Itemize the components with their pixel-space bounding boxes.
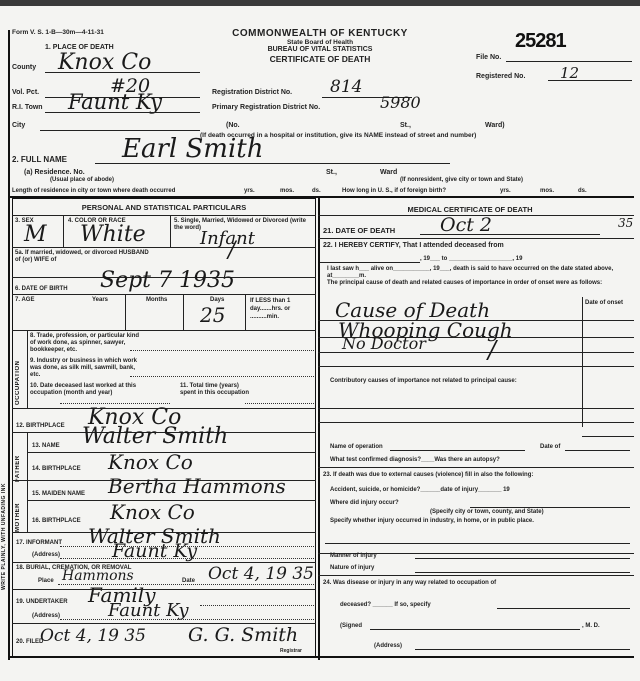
registrar-label: Registrar (280, 648, 302, 654)
color-divider (170, 215, 171, 247)
burial-place-label: Place (38, 578, 54, 584)
informant-label: 17. INFORMANT (16, 540, 62, 546)
total-time-dots (245, 403, 314, 404)
age-label: 7. AGE (15, 297, 34, 303)
left-border (8, 30, 10, 660)
date-onset-label: Date of onset (584, 300, 624, 307)
nonresident-note: (If nonresident, give city or town and S… (400, 177, 523, 183)
medical-left-border (318, 198, 320, 660)
residence-st: St., (326, 169, 337, 176)
diagnosis-label: What test confirmed diagnosis?____Was th… (330, 457, 500, 463)
contributory-label: Contributory causes of importance not re… (330, 378, 580, 385)
residence-sub: (Usual place of abode) (50, 177, 114, 183)
occupation-side-label: OCCUPATION (15, 335, 21, 405)
father-name-value: Walter Smith (82, 424, 228, 449)
residence-label: (a) Residence. No. (24, 169, 85, 176)
bottom-border (8, 656, 634, 658)
undertaker-address-label: (Address) (32, 613, 60, 619)
city-line (40, 130, 200, 131)
filed-date-value: Oct 4, 19 35 (40, 626, 146, 646)
vol-pct-label: Vol. Pct. (12, 89, 39, 96)
primary-district-value: 5980 (380, 93, 421, 112)
months-divider (183, 294, 184, 330)
occupation-related-label: 24. Was disease or injury in any way rel… (323, 580, 496, 586)
contributory-rule-2 (318, 422, 634, 423)
reg-district-value: 814 (330, 77, 362, 97)
cause-rule-3 (318, 352, 634, 353)
personal-title-line (12, 215, 316, 216)
commonwealth-title: COMMONWEALTH OF KENTUCKY (200, 28, 440, 39)
less-than-label: If LESS than 1 day.......hrs. or .......… (250, 297, 314, 321)
manner-label: Manner of injury (330, 553, 377, 559)
date-of-death-year: 35 (618, 216, 633, 230)
city-ward-label: Ward) (485, 122, 505, 129)
dod-line (420, 234, 600, 235)
operation-label: Name of operation (330, 444, 383, 450)
days-value: 25 (200, 303, 225, 327)
mother-name-label: 15. MAIDEN NAME (32, 491, 85, 497)
us-yrs-label: yrs. (500, 188, 511, 194)
reg-district-label: Registration District No. (212, 89, 292, 96)
total-time-label: 11. Total time (years) spent in this occ… (180, 383, 250, 397)
father-birthplace-value: Knox Co (108, 450, 193, 474)
trade-dots (130, 350, 314, 351)
state-board: State Board of Health (200, 39, 440, 46)
signed-label: (Signed (340, 623, 362, 629)
nature-line (415, 572, 630, 573)
last-worked-dots (60, 403, 170, 404)
accident-label: Accident, suicide, or homicide?______dat… (330, 487, 510, 493)
form-code: Form V. S. 1-B—30m—4-11-31 (12, 29, 104, 36)
yrs-label: yrs. (244, 188, 255, 194)
burial-date-value: Oct 4, 19 35 (208, 564, 314, 584)
specify-place: (Specify city or town, county, and State… (430, 509, 544, 515)
us-ds-label: ds. (578, 188, 587, 194)
nature-label: Nature of injury (330, 565, 374, 571)
cause-mark: / (488, 336, 496, 364)
undertaker-address-dots (60, 619, 314, 620)
cause-line-3: No Doctor (342, 334, 426, 353)
marital-slash: / (228, 238, 235, 263)
full-name-label: 2. FULL NAME (12, 155, 67, 164)
us-label: How long in U. S., if of foreign birth? (342, 188, 446, 194)
years-label: Years (92, 297, 108, 303)
industry-home-label: Specify whether injury occurred in indus… (330, 518, 630, 525)
city-no-label: (No. (226, 122, 240, 129)
months-label: Months (146, 297, 167, 303)
full-name-line (95, 163, 450, 164)
mos-label: mos. (280, 188, 294, 194)
row-line-undertaker (12, 589, 316, 590)
informant-address-label: (Address) (32, 552, 60, 558)
certify-label: 22. I HEREBY CERTIFY, That I attended de… (323, 242, 504, 249)
city-st-label: St., (400, 122, 411, 129)
informant-address-value: Faunt Ky (112, 540, 197, 562)
years-divider (125, 294, 126, 330)
certify-from-line (320, 262, 420, 263)
length-residence-label: Length of residence in city or town wher… (12, 188, 175, 194)
industry-home-line (325, 543, 630, 544)
town-line (45, 112, 200, 113)
margin-note: WRITE PLAINLY, WITH UNFADING INK (1, 470, 7, 590)
trade-label: 8. Trade, profession, or particular kind… (30, 333, 145, 354)
city-label: City (12, 122, 25, 129)
specify-line (497, 608, 630, 609)
principal-cause-text: The principal cause of death and related… (327, 280, 627, 287)
registered-no-label: Registered No. (476, 73, 525, 80)
row-line-5a (12, 247, 316, 248)
deceased-label: deceased? ______ If so, specify (340, 602, 431, 608)
residence-ward: Ward (380, 169, 397, 176)
spouse-label: 5a. If married, widowed, or divorced HUS… (15, 250, 155, 264)
operation-date-line (565, 450, 630, 451)
mother-birthplace-value: Knox Co (110, 500, 195, 524)
last-worked-label: 10. Date deceased last worked at this oc… (30, 383, 140, 397)
personal-title: PERSONAL AND STATISTICAL PARTICULARS (14, 203, 314, 212)
registered-no-line (548, 80, 632, 81)
dob-label: 6. DATE OF BIRTH (15, 286, 68, 292)
dob-value: Sept 7 1935 (100, 268, 235, 293)
row-line-external (318, 467, 634, 468)
cause-rule-4 (318, 366, 634, 367)
date-of-death-value: Oct 2 (440, 214, 492, 236)
last-saw-text: I last saw h___ alive on___________, 19_… (327, 266, 627, 280)
row-line-occupation-related (318, 575, 634, 576)
registrar-signature: G. G. Smith (188, 624, 298, 646)
signed-line (370, 629, 580, 630)
md-label: , M. D. (582, 623, 600, 629)
county-label: County (12, 64, 36, 71)
town-label: R.I. Town (12, 104, 43, 111)
manner-line (415, 558, 630, 559)
county-line (45, 72, 200, 73)
mother-birthplace-label: 16. BIRTHPLACE (32, 518, 81, 524)
file-no-line (506, 61, 632, 62)
color-value: White (80, 222, 146, 247)
town-value: Faunt Ky (68, 90, 162, 114)
address-label: (Address) (374, 643, 402, 649)
row-line-burial (12, 562, 316, 563)
burial-place-value: Hammons (62, 568, 134, 584)
birthplace-label: 12. BIRTHPLACE (16, 423, 65, 429)
scan-top-edge (0, 0, 640, 6)
ds-label: ds. (312, 188, 321, 194)
undertaker-label: 19. UNDERTAKER (16, 599, 68, 605)
undertaker-address-value: Faunt Ky (108, 600, 189, 621)
bureau: BUREAU OF VITAL STATISTICS (200, 46, 440, 53)
medical-title: MEDICAL CERTIFICATE OF DEATH (320, 205, 620, 214)
certify-from-to: , 19___ to ___________________, 19 (420, 256, 522, 262)
row-line-age (12, 294, 316, 295)
file-number: 25281 (515, 30, 566, 53)
days-divider (245, 294, 246, 330)
operation-line (390, 450, 525, 451)
row-line-certify (318, 238, 634, 239)
full-name-value: Earl Smith (122, 134, 263, 164)
onset-bottom (582, 436, 634, 437)
father-name-label: 13. NAME (32, 443, 60, 449)
father-birthplace-label: 14. BIRTHPLACE (32, 466, 81, 472)
external-label: 23. If death was due to external causes … (323, 472, 628, 479)
document-title: COMMONWEALTH OF KENTUCKY State Board of … (200, 28, 440, 64)
where-line (470, 507, 630, 508)
date-of-death-label: 21. DATE OF DEATH (323, 226, 395, 235)
sex-value: M (24, 222, 47, 247)
certificate-title: CERTIFICATE OF DEATH (200, 54, 440, 64)
contributory-rule-1 (318, 408, 634, 409)
industry-dots (130, 376, 314, 377)
us-mos-label: mos. (540, 188, 554, 194)
operation-date-label: Date of (540, 444, 560, 450)
address-line (415, 649, 630, 650)
row-line-occupation (12, 330, 316, 331)
file-no-label: File No. (476, 54, 501, 61)
industry-label: 9. Industry or business in which work wa… (30, 358, 145, 379)
undertaker-dots (200, 605, 314, 606)
primary-district-label: Primary Registration District No. (212, 104, 320, 111)
father-side-label: FATHER (15, 434, 21, 482)
mother-side-label: MOTHER (15, 484, 21, 532)
mother-name-value: Bertha Hammons (108, 474, 286, 498)
occupation-side-divider (27, 330, 28, 408)
sex-divider (63, 215, 64, 247)
parents-side-divider (27, 432, 28, 532)
where-label: Where did injury occur? (330, 500, 399, 506)
